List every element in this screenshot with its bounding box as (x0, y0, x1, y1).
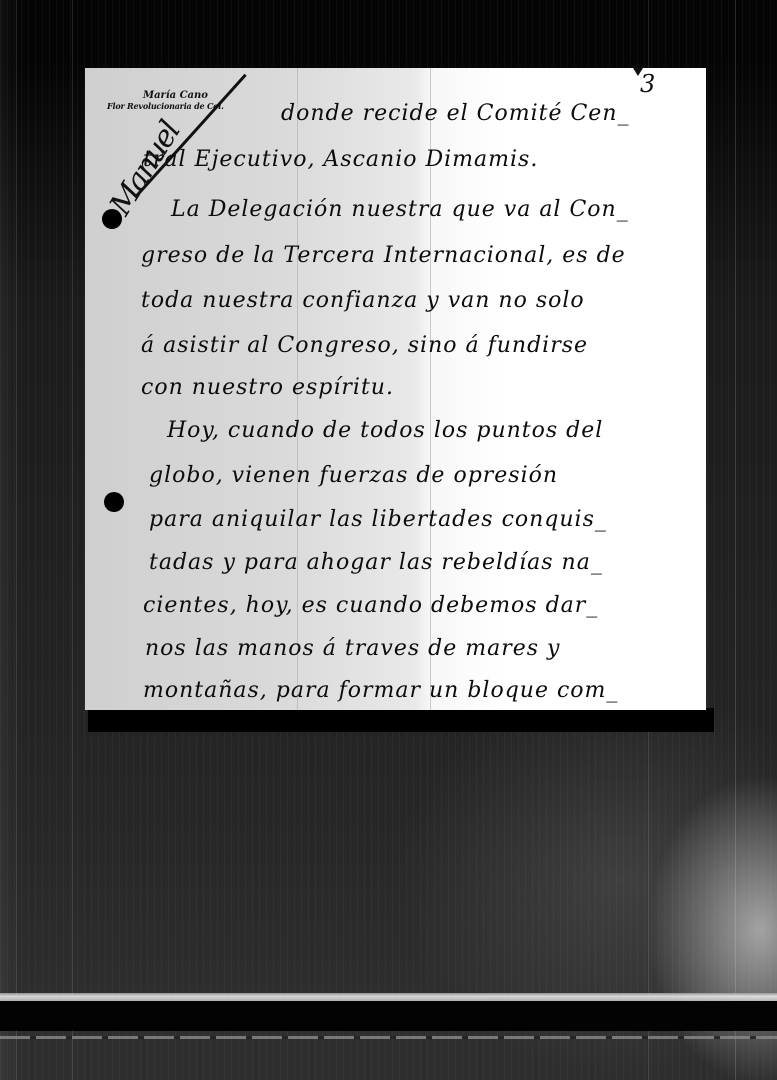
text-line: greso de la Tercera Internacional, es de (141, 243, 626, 268)
scan-streak (72, 0, 73, 1080)
scanner-edge-highlight (0, 1036, 777, 1039)
text-line: tadas y para ahogar las rebeldías na_ (149, 550, 603, 575)
text-line: globo, vienen fuerzas de opresión (149, 463, 558, 488)
text-line: tral Ejecutivo, Ascanio Dimamis. (143, 147, 538, 172)
letterhead: María Cano Flor Revolucionaria de Col. (107, 90, 224, 111)
punch-hole (104, 492, 124, 512)
scan-streak (735, 0, 736, 1080)
scan-streak (16, 0, 17, 1080)
text-line: nos las manos á traves de mares y (145, 636, 560, 661)
scanner-edge-highlight (0, 993, 777, 1001)
page-number: 3 (640, 70, 655, 98)
text-line: cientes, hoy, es cuando debemos dar_ (143, 593, 598, 618)
text-line: á asistir al Congreso, sino á fundirse (141, 333, 588, 358)
letter-page: María Cano Flor Revolucionaria de Col. 3… (85, 68, 706, 710)
page-shadow (88, 708, 714, 732)
text-line: montañas, para formar un bloque com_ (143, 678, 618, 703)
text-line: donde recide el Comité Cen_ (281, 101, 629, 126)
text-line: con nuestro espíritu. (141, 375, 394, 400)
text-line: toda nuestra confianza y van no solo (141, 288, 585, 313)
letterhead-tagline: Flor Revolucionaria de Col. (107, 102, 224, 111)
text-line: Hoy, cuando de todos los puntos del (167, 418, 603, 443)
text-line: La Delegación nuestra que va al Con_ (171, 197, 629, 222)
text-line: para aniquilar las libertades conquis_ (149, 507, 607, 532)
scanner-edge-band (0, 1001, 777, 1031)
letterhead-name: María Cano (107, 90, 224, 102)
punch-hole (102, 209, 122, 229)
